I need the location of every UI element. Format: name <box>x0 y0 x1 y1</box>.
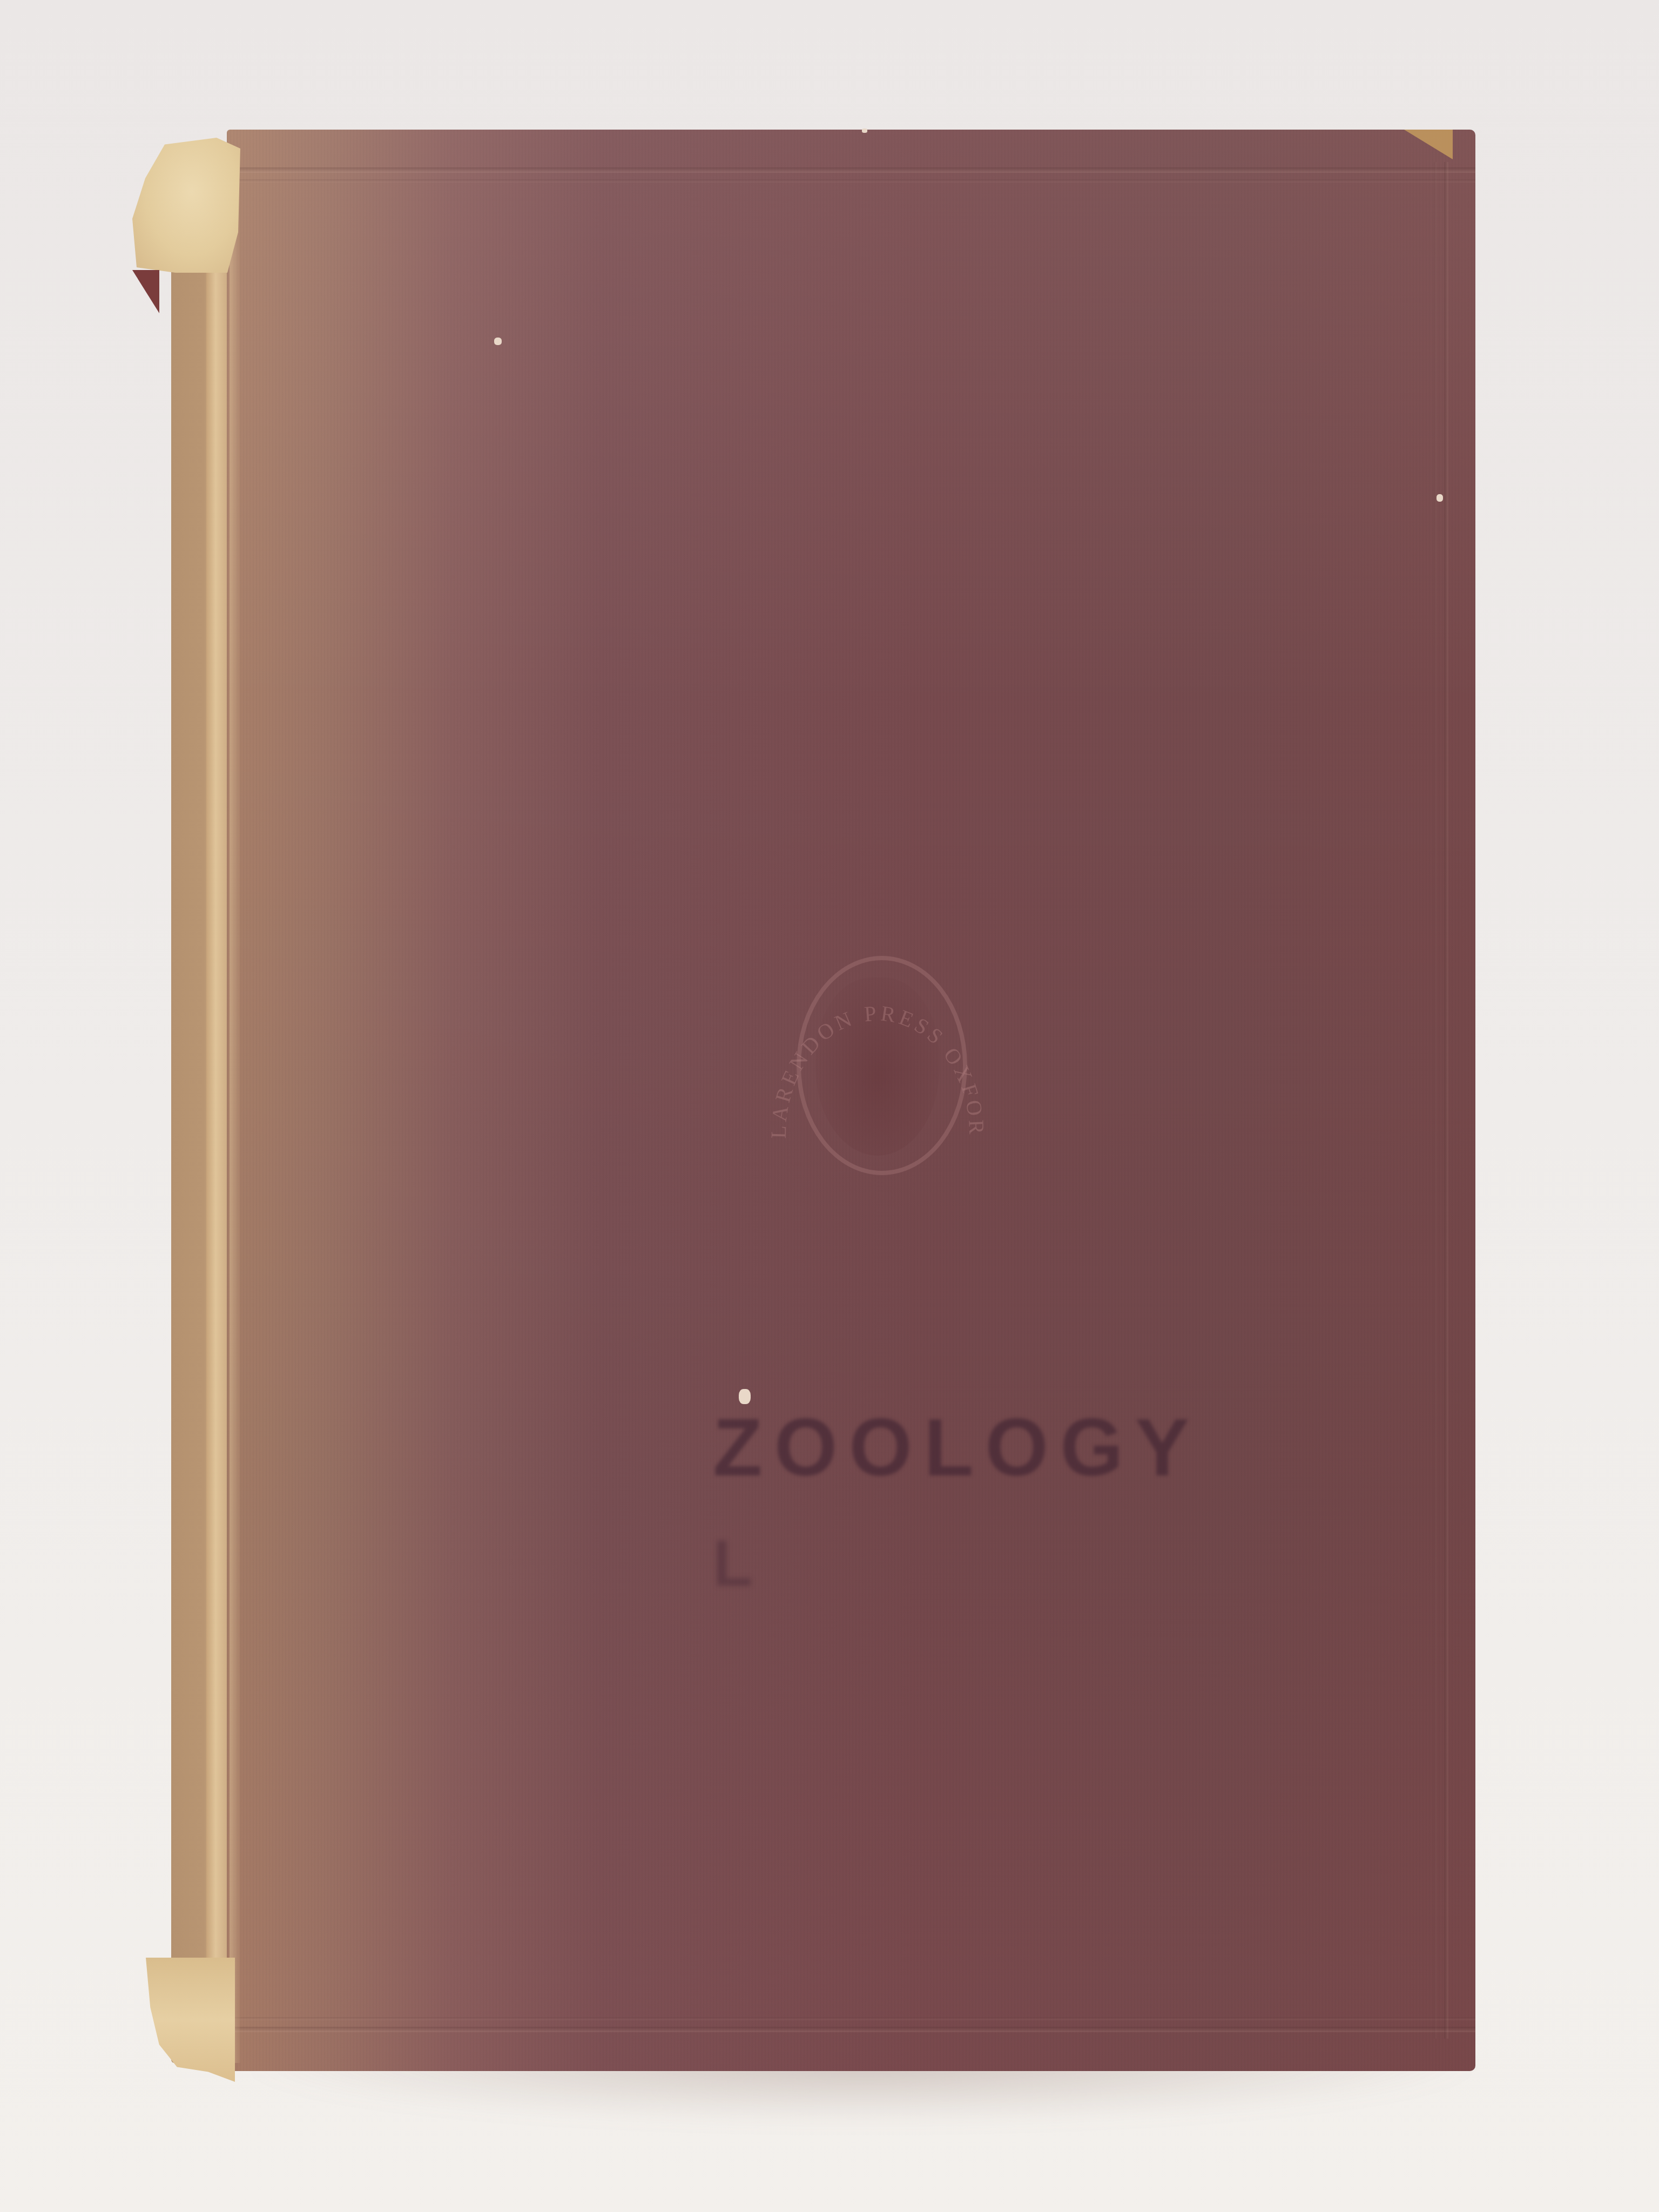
speck <box>862 129 867 133</box>
blind-border-top <box>227 167 1475 173</box>
publisher-emblem: CLARENDON PRESS OXFORD <box>753 929 1002 1199</box>
blind-border-right-inner <box>1434 162 1437 2039</box>
speck <box>1437 494 1443 502</box>
svg-text:CLARENDON PRESS OXFORD: CLARENDON PRESS OXFORD <box>753 929 989 1139</box>
title-stamp: ZOOLOGY <box>713 1404 1285 1491</box>
spine-cloth-tear-bottom <box>146 1958 235 2082</box>
speck <box>494 338 502 345</box>
spine-worn-strip <box>206 162 227 2063</box>
blind-border-bottom <box>227 2027 1475 2032</box>
spine-hinge <box>230 162 240 2063</box>
emblem-lettering: CLARENDON PRESS OXFORD <box>753 929 1002 1199</box>
spine-cloth-tear-top <box>132 138 240 273</box>
emblem-arc-text: CLARENDON PRESS OXFORD <box>753 929 1002 1199</box>
speck <box>739 1389 751 1404</box>
blind-border-top-inner <box>227 179 1475 183</box>
blind-border-bottom-inner <box>227 2017 1475 2020</box>
sub-stamp: L <box>713 1528 1199 1669</box>
blind-border-right <box>1444 162 1448 2039</box>
spine-inner-board <box>132 270 159 313</box>
